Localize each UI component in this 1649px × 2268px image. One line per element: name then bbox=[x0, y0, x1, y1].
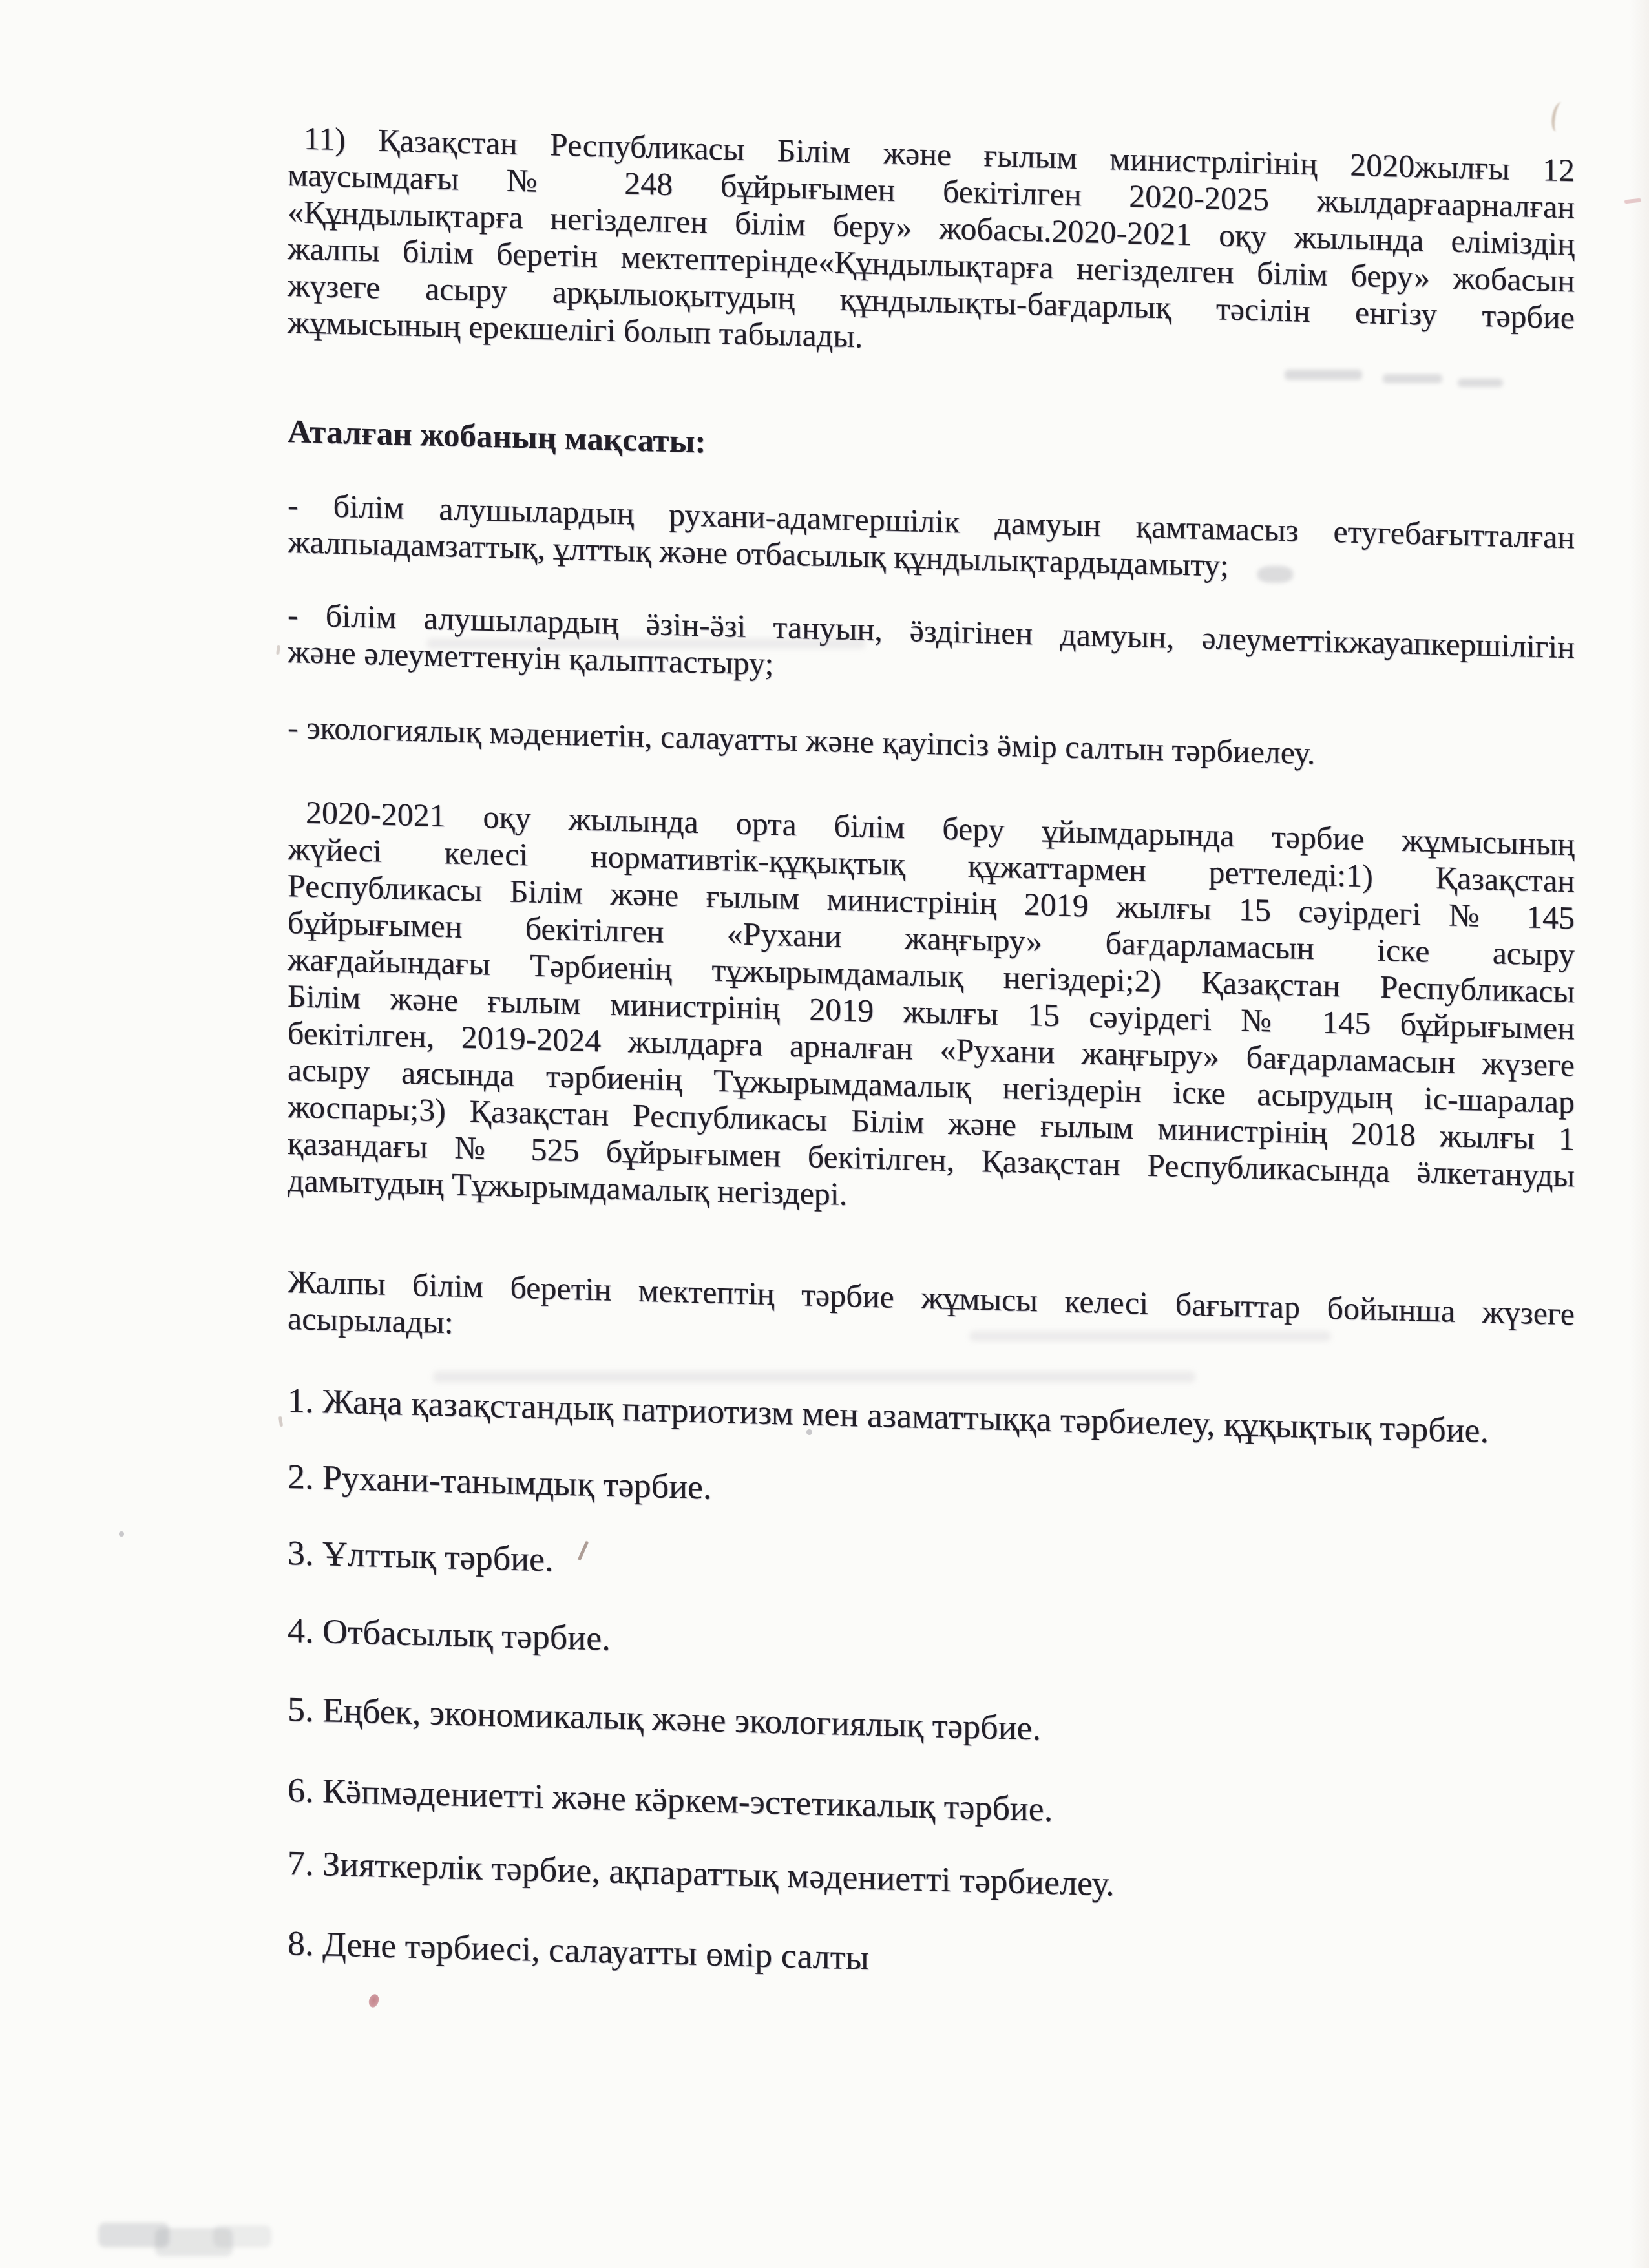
scan-smudge-mark bbox=[1550, 101, 1568, 132]
goal-bullet-2: - білім алушылардың ӛзін-ӛзі тануын, ӛзд… bbox=[288, 596, 1575, 702]
goal-heading: Аталған жобаның мақсаты: bbox=[288, 414, 1575, 483]
direction-item-1: 1. Жаңа қазақстандық патриотизм мен азам… bbox=[288, 1381, 1575, 1452]
direction-item-6: 6. Кӛпмәдениетті және кӛркем-эстетикалық… bbox=[288, 1770, 1575, 1842]
scan-bottom-smudge bbox=[213, 2225, 271, 2247]
direction-item-3: 3. Ұлттық тәрбие. bbox=[288, 1533, 1575, 1604]
scan-edge-shading bbox=[1630, 0, 1649, 2268]
scan-tick-mark bbox=[276, 645, 280, 655]
scan-bottom-smudge bbox=[98, 2223, 169, 2247]
scan-tick-mark bbox=[278, 1416, 283, 1427]
direction-item-5: 5. Еңбек, экономикалық және экологиялық … bbox=[288, 1690, 1575, 1761]
text-line: 5. Еңбек, экономикалық және экологиялық … bbox=[288, 1690, 1575, 1761]
text-line: Аталған жобаның мақсаты: bbox=[288, 414, 1575, 483]
text-line: 2. Рухани-танымдық тәрбие. bbox=[288, 1457, 1575, 1528]
text-line: 6. Кӛпмәдениетті және кӛркем-эстетикалық… bbox=[288, 1770, 1575, 1842]
direction-item-8: 8. Дене тәрбиесі, салауатты өмір салты bbox=[288, 1924, 1575, 1995]
scan-bottom-smudge bbox=[155, 2228, 233, 2256]
scan-dot bbox=[119, 1531, 124, 1537]
intro-paragraph: 11) Қазақстан Республикасы Білім және ғы… bbox=[288, 120, 1575, 373]
directions-intro-paragraph: Жалпы білім беретін мектептің тәрбие жұм… bbox=[288, 1263, 1575, 1369]
text-line: 3. Ұлттық тәрбие. bbox=[288, 1533, 1575, 1604]
document-text-block: 11) Қазақстан Республикасы Білім және ғы… bbox=[288, 111, 1575, 2147]
text-line: 4. Отбасылық тәрбие. bbox=[288, 1611, 1575, 1682]
normative-paragraph: 2020-2021 оқу жылында орта білім беру ұй… bbox=[288, 793, 1575, 1231]
goal-bullet-3: - экологиялық мәдениетін, салауатты және… bbox=[288, 709, 1575, 778]
text-line: 7. Зияткерлік тәрбие, ақпараттық мәдение… bbox=[288, 1843, 1575, 1915]
goal-bullet-1: - білім алушылардың рухани-адамгершілік … bbox=[288, 487, 1575, 593]
text-line: 1. Жаңа қазақстандық патриотизм мен азам… bbox=[288, 1381, 1575, 1452]
direction-item-4: 4. Отбасылық тәрбие. bbox=[288, 1611, 1575, 1682]
direction-item-7: 7. Зияткерлік тәрбие, ақпараттық мәдение… bbox=[288, 1843, 1575, 1915]
text-line: 8. Дене тәрбиесі, салауатты өмір салты bbox=[288, 1924, 1575, 1995]
scanned-document-page: 11) Қазақстан Республикасы Білім және ғы… bbox=[0, 0, 1649, 2268]
text-line: - экологиялық мәдениетін, салауатты және… bbox=[288, 709, 1575, 778]
direction-item-2: 2. Рухани-танымдық тәрбие. bbox=[288, 1457, 1575, 1528]
